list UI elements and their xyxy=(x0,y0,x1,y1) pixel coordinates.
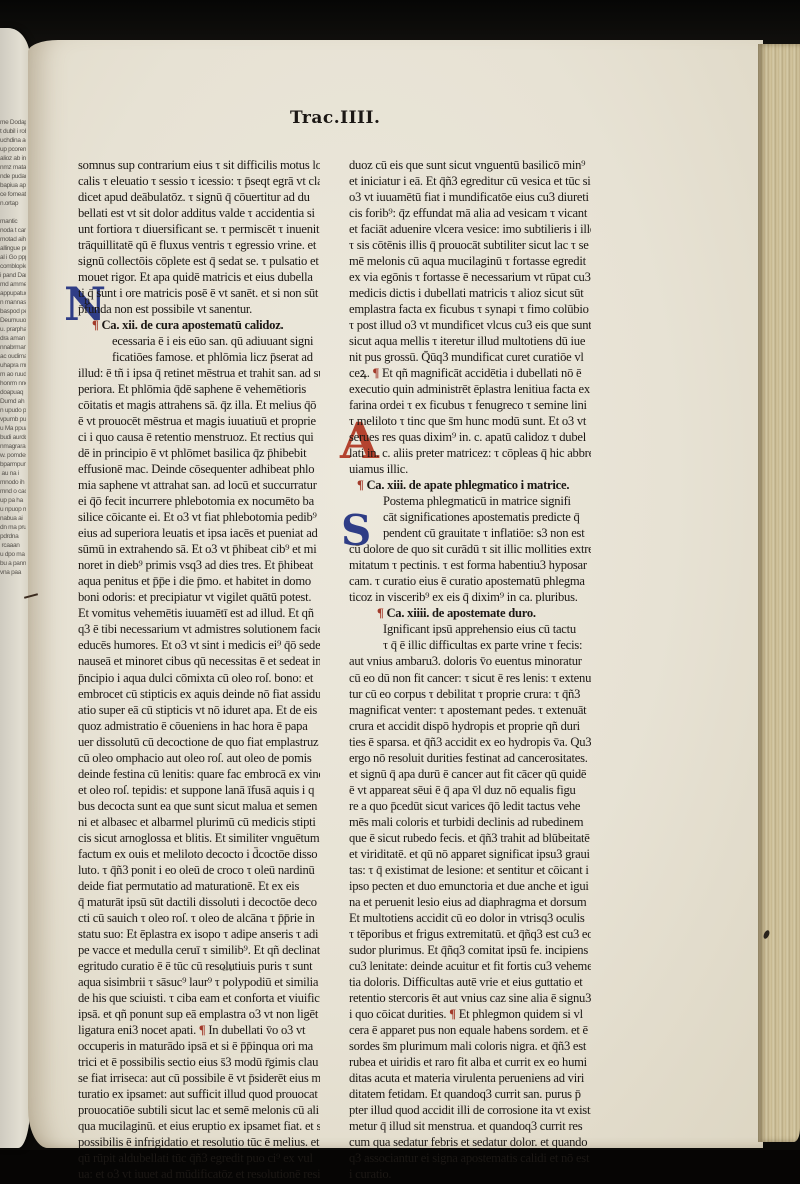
text-line: cera ē apparet pus non equale habens sor… xyxy=(349,1022,591,1038)
text-line: nauseā et minoret cibus qū necessitas ē … xyxy=(78,653,320,669)
text-line: ipsā. et qñ ponunt sup eā emplastra o3 v… xyxy=(78,1006,320,1022)
text-line: factum ex ouis et meliloto decocto i d̄c… xyxy=(78,846,320,862)
text-line: serues res quas dixim⁹ in. c. apatū cali… xyxy=(349,429,591,445)
text-line: i quo cōicat durities. ¶ Et phlegmon qui… xyxy=(349,1006,591,1022)
text-line: τ tēporibus et frigus extremitatū. et q̄… xyxy=(349,926,591,942)
text-line: τ post illud o3 vt mundificet vlcus cu3 … xyxy=(349,317,591,333)
facing-page-text: me Dodapt a t dubil i rob ha uchdina ac6… xyxy=(0,118,26,938)
text-line: et signū q̄ apa durū ē cancer aut fit cā… xyxy=(349,766,591,782)
page-edges xyxy=(758,44,800,1142)
pilcrow-rubric: ¶ xyxy=(357,478,364,492)
text-line: ecessaria ē i eis eūo san. qū adiuuant s… xyxy=(78,333,320,349)
text-line: deinde festina cū lenitis: quare fac emb… xyxy=(78,766,320,782)
text-line: et viriditatē. et qū nō apparet signific… xyxy=(349,846,591,862)
text-line: q̄ maturāt ipsū sūt dactili dissoluti i … xyxy=(78,894,320,910)
text-line: mēs mali coloris et turbidi declinis ad … xyxy=(349,814,591,830)
text-line: luto. τ q̄ñ3 ponit i eo oleū de croco τ … xyxy=(78,862,320,878)
text-column-left: somnus sup contrarium eius τ sit diffici… xyxy=(78,157,320,1182)
text-line: cu3 lenitate: deinde acuitur et fit fort… xyxy=(349,958,591,974)
text-line: executio quin administrēt ēplastra lenit… xyxy=(349,381,591,397)
text-line: ni et albasec et albarmel plurimū cū med… xyxy=(78,814,320,830)
text-line: calis τ eleuatio τ sessio τ icessio: τ p… xyxy=(78,173,320,189)
text-line: farina ordei τ ex ficubus τ fenugreco τ … xyxy=(349,397,591,413)
text-line: periora. Et phlōmia q̄dē saphene ē vehem… xyxy=(78,381,320,397)
text-line: ua: et o3 vt iuuet ad mūdificatōz et res… xyxy=(78,1166,320,1182)
text-line: mouet rigor. Et apa quidē matricis et ei… xyxy=(78,269,320,285)
text-line: retentio stercoris ēt aut vnius caz sine… xyxy=(349,990,591,1006)
text-line: emplastra facta ex ficubus τ synapi τ fi… xyxy=(349,301,591,317)
text-line: sordes s̄m plurimum mali coloris nigra. … xyxy=(349,1038,591,1054)
text-line: et oleo roſ. tepidis: et suppone lanā īf… xyxy=(78,782,320,798)
text-line: q3 associantur ei signa apostematis cali… xyxy=(349,1150,591,1166)
text-column-right: duoz cū eis que sunt sicut vnguentū basi… xyxy=(349,157,591,1182)
text-line: medicis dictis i dubellati matricis τ al… xyxy=(349,285,591,301)
text-line: metur q̄ illud sit menstrua. et quandoq3… xyxy=(349,1118,591,1134)
text-line: signū collectōis cōplete est q̄ sedat se… xyxy=(78,253,320,269)
text-line: cū oleo omphacio aut oleo roſ. aut oleo … xyxy=(78,750,320,766)
text-line: ergo nō resoluit durities festinat ad ca… xyxy=(349,750,591,766)
text-line: τ q̄ ē illic difficultas ex parte vrine … xyxy=(349,637,591,653)
text-line: aqua sisimbrii τ sāsuc⁹ laur⁹ τ polypodi… xyxy=(78,974,320,990)
text-line: duoz cū eis que sunt sicut vnguentū basi… xyxy=(349,157,591,173)
text-line: prouocatiōe subtili sicut lac et semē me… xyxy=(78,1102,320,1118)
text-line: ligatura eni3 nocet apati. ¶ In dubellat… xyxy=(78,1022,320,1038)
text-line: p̄ncipio i aqua dulci cōmixta cū oleo ro… xyxy=(78,670,320,686)
text-line: mē melonis cū aqua mucilaginū τ fortasse… xyxy=(349,253,591,269)
text-line: quoz admistratio ē cōueniens in hac hora… xyxy=(78,718,320,734)
text-line: uer dissolutū cū decoctione de quo fiat … xyxy=(78,734,320,750)
text-line: tur cū eo corpus τ debilitat τ proprie c… xyxy=(349,686,591,702)
pilcrow-rubric: ¶ xyxy=(92,318,99,332)
facing-page: me Dodapt a t dubil i rob ha uchdina ac6… xyxy=(0,28,30,1148)
text-line: illud: ē tñ i ipsa q̄ retinet mēstrua et… xyxy=(78,365,320,381)
text-line: cis forib⁹: q̄z effundat mā alia ad vesi… xyxy=(349,205,591,221)
text-line: aut vnius ambaru3. doloris v̄o euentus m… xyxy=(349,653,591,669)
text-line: ¶ Ca. xiii. de apate phlegmatico i matri… xyxy=(349,477,591,493)
text-line: cū eo dū non fit cancer: τ sicut ē res l… xyxy=(349,670,591,686)
text-line: cāt significationes apostematis predicte… xyxy=(349,509,591,525)
text-line: ditatem fetidam. Et quandoq3 currit san.… xyxy=(349,1086,591,1102)
text-line: effusionē mac. Deinde cōsequenter adhibe… xyxy=(78,461,320,477)
text-line: p̄funda non est possibile vt sanentur. xyxy=(78,301,320,317)
text-line: cti cū sauich τ oleo roſ. τ oleo de alcā… xyxy=(78,910,320,926)
text-line: atio super eā cū stipticis vt nō iduret … xyxy=(78,702,320,718)
text-line: eius ad superiora leuatis et ipsa iacēs … xyxy=(78,525,320,541)
text-line: sudor plurimus. Et q̄ñq3 comitat ipsū fe… xyxy=(349,942,591,958)
signature-mark: c.4 xyxy=(222,965,233,973)
text-line: cū dolore de quo sit curādū τ sit illic … xyxy=(349,541,591,557)
text-line: tas: τ q̄ existimat de lesione: et senti… xyxy=(349,862,591,878)
text-line: se fiat irriseca: aut cū possibile ē vt … xyxy=(78,1070,320,1086)
text-line: pter illud quod accidit illi de corrosio… xyxy=(349,1102,591,1118)
text-line: et iniciatur i eā. Et q̄ñ3 egreditur cū … xyxy=(349,173,591,189)
text-line: i curatio. xyxy=(349,1166,591,1182)
text-line: possibilis ē infrigidatio et resolutio t… xyxy=(78,1134,320,1150)
text-line: cum qua sedatur febris et sedatur dolor.… xyxy=(349,1134,591,1150)
text-line: mitatum τ pectinis. τ est forma habentiu… xyxy=(349,557,591,573)
text-line: cis sicut arnoglossa et blitis. Et simil… xyxy=(78,830,320,846)
text-line: ¶ Ca. xii. de cura apostematū calidoz. xyxy=(78,317,320,333)
text-line: silice cōicante ei. Et o3 vt fiat phlebo… xyxy=(78,509,320,525)
text-line: statu suo: Et ēplastra ex isopo τ adipe … xyxy=(78,926,320,942)
text-line: Postema phlegmaticū in matrice signifi xyxy=(349,493,591,509)
text-line: ē vt appareat sēui ē q̄ apa v̄l duz nō e… xyxy=(349,782,591,798)
text-line: ties ē sparsa. et q̄ñ3 accidit ex eo hyd… xyxy=(349,734,591,750)
text-line: uiamus illic. xyxy=(349,461,591,477)
text-line: ti q̄ sunt i ore matricis posē ē vt sanē… xyxy=(78,285,320,301)
text-line: et faciāt aduenire vlcera vesice: imo su… xyxy=(349,221,591,237)
text-line: trici et ē possibilis sectio eius s̄3 mo… xyxy=(78,1054,320,1070)
text-line: Ignificant ipsū apprehensio eius cū tact… xyxy=(349,621,591,637)
text-line: Et vomitus vehemētis iuuamētī est ad ill… xyxy=(78,605,320,621)
text-line: ticoz in viscerib⁹ ex eis q̄ dixim⁹ in c… xyxy=(349,589,591,605)
text-line: rubea et uiridis et raro fit alba et cur… xyxy=(349,1054,591,1070)
text-line: turatio ex ipsamet: aut sufficit illud q… xyxy=(78,1086,320,1102)
text-line: dicet apud deābulatōz. τ signū q̄ cōuert… xyxy=(78,189,320,205)
text-line: τ sis cōtēnis illis q̄ prouocāt subtilit… xyxy=(349,237,591,253)
text-line: τ meliloto τ tinc que s̄m hunc modū sunt… xyxy=(349,413,591,429)
text-line: unt fortiora τ diuersificant se. τ permi… xyxy=(78,221,320,237)
text-line: lati in. c. aliis preter matricez: τ cōp… xyxy=(349,445,591,461)
pilcrow-rubric: ¶ xyxy=(199,1023,206,1037)
text-line: magnificat venter: τ apostemant pedes. τ… xyxy=(349,702,591,718)
text-line: noret in dieb⁹ primis vsq3 ad dies tres.… xyxy=(78,557,320,573)
text-line: trāquillitatē qū ē fluxus ventris τ egre… xyxy=(78,237,320,253)
text-line: ditas acuta et materia virulenta perueni… xyxy=(349,1070,591,1086)
text-line: cōitatis et magis attrahens sā. q̄z illa… xyxy=(78,397,320,413)
text-line: bus decocta sunt ea que sunt sicut malua… xyxy=(78,798,320,814)
text-line: que ē sicut rubedo fecis. et q̄ñ3 trahit… xyxy=(349,830,591,846)
text-line: ei q̄ō fecit incurrere phlebotomia ex no… xyxy=(78,493,320,509)
text-line: boni odoris: et precipiatur vt vigilet q… xyxy=(78,589,320,605)
text-line: qua mucilaginū. et eius eruptio ex ipsam… xyxy=(78,1118,320,1134)
text-line: occuperis in maturādo ipsā et si ē p̄p̄i… xyxy=(78,1038,320,1054)
text-line: deide fiat permutatio ad maturationē. Et… xyxy=(78,878,320,894)
text-line: qū rūpit aldubellati tūc q̄ñ3 egredit pu… xyxy=(78,1150,320,1166)
text-line: somnus sup contrarium eius τ sit diffici… xyxy=(78,157,320,173)
text-line: na et peruenit lesio eius ad diaphragma … xyxy=(349,894,591,910)
text-line: tia doloris. Difficultas autē vrie et ei… xyxy=(349,974,591,990)
text-line: pendent cū grauitate τ inflatiōe: s3 non… xyxy=(349,525,591,541)
text-line: bellati est vt sit dolor additus valde τ… xyxy=(78,205,320,221)
text-line: aqua penitus et p̄p̄e i die p̄mo. et hab… xyxy=(78,573,320,589)
pilcrow-rubric: ¶ xyxy=(377,606,384,620)
text-line: q3 ē tibi necessarium vt admistres solut… xyxy=(78,621,320,637)
running-head: Trac.IIII. xyxy=(290,108,380,128)
text-line: egritudo curatio ē ē tūc cū resolutiuis … xyxy=(78,958,320,974)
text-line: de his que sciuisti. τ ciba eam et confo… xyxy=(78,990,320,1006)
text-line: re a quo p̄cedūt sicut varices q̄ō ledit… xyxy=(349,798,591,814)
text-line: pe vacce et medulla ceruī τ similib⁹. Et… xyxy=(78,942,320,958)
text-line: ē vt prouocēt mēstrua et magis iuuatiuū … xyxy=(78,413,320,429)
text-line: embrocet cū stipticis ex aquis deinde nō… xyxy=(78,686,320,702)
text-line: nit pus grossū. Q̄ūq3 mundificat curet c… xyxy=(349,349,591,365)
text-line: ex via egōnis τ fortasse ē necessarium v… xyxy=(349,269,591,285)
text-line: ci i quo causa ē retentio menstruoz. Et … xyxy=(78,429,320,445)
pilcrow-rubric: ¶ xyxy=(449,1007,456,1021)
text-line: sicut aqua mellis τ iteretur illud multo… xyxy=(349,333,591,349)
text-line: ¶ Ca. xiiii. de apostemate duro. xyxy=(349,605,591,621)
text-line: o3 vt iuuamētū fiat i mundificatōe eius … xyxy=(349,189,591,205)
text-line: dē in principio ē vt phlōmet basilica q̄… xyxy=(78,445,320,461)
text-line: ipso pecten et duo emunctoria et due anc… xyxy=(349,878,591,894)
text-line: sūmū in extrahendo sā. Et o3 vt p̄hibeat… xyxy=(78,541,320,557)
text-line: crura et accidit dispō hydropis et propr… xyxy=(349,718,591,734)
text-line: ficatiōes famose. et phlōmia licz p̄sera… xyxy=(78,349,320,365)
text-line: ceꝝ. ¶ Et qñ magnificāt accidētia i dube… xyxy=(349,365,591,381)
text-line: mia saphene vt attrahat san. ad locū et … xyxy=(78,477,320,493)
text-line: cam. τ curatio eius ē curatio apostematū… xyxy=(349,573,591,589)
text-line: educēs humores. Et o3 vt sint i medicis … xyxy=(78,637,320,653)
text-line: Et multotiens accidit cū eo dolor in vtr… xyxy=(349,910,591,926)
pilcrow-rubric: ¶ xyxy=(373,366,380,380)
